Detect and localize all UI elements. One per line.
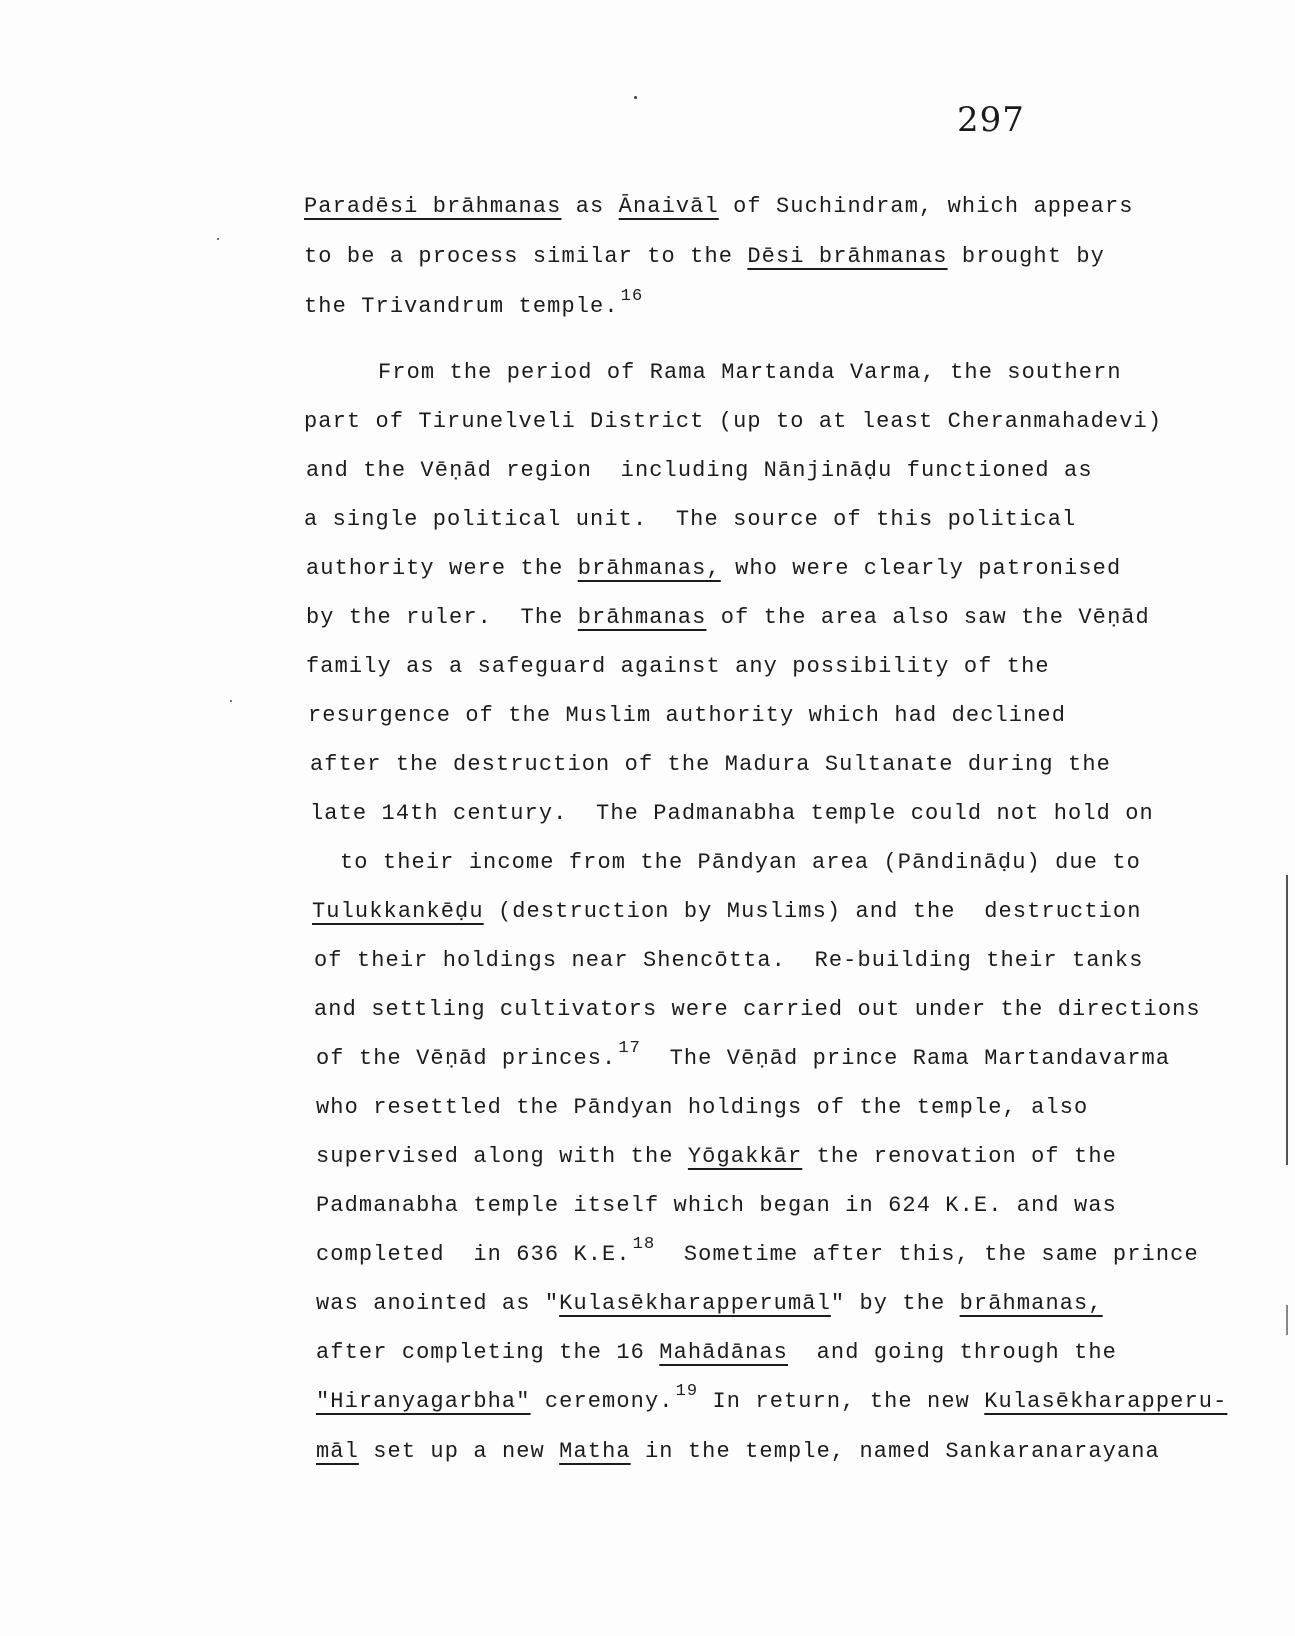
text-run: Padmanabha temple itself which began in …: [316, 1193, 1117, 1218]
text-line: late 14th century. The Padmanabha temple…: [310, 803, 1154, 825]
underlined-term: brāhmanas,: [960, 1291, 1103, 1316]
text-run: the Trivandrum temple.: [304, 294, 619, 319]
text-run: and the Vēṇād region including Nānjināḍu…: [306, 458, 1093, 483]
text-line: after completing the 16 Mahādānas and go…: [316, 1342, 1117, 1364]
text-line: māl set up a new Matha in the temple, na…: [316, 1441, 1160, 1463]
scan-speck: [230, 700, 232, 702]
text-run: In return, the new: [698, 1389, 984, 1414]
text-run: who resettled the Pāndyan holdings of th…: [316, 1095, 1088, 1120]
text-run: was anointed as ": [316, 1291, 559, 1316]
underlined-term: brāhmanas,: [578, 556, 721, 581]
text-run: (destruction by Muslims) and the destruc…: [484, 899, 1142, 924]
margin-line-short: [1286, 1305, 1288, 1335]
text-run: as: [561, 194, 618, 219]
text-run: of the Vēṇād princes.: [316, 1046, 616, 1071]
text-line: of their holdings near Shencōtta. Re-bui…: [314, 950, 1144, 972]
text-line: family as a safeguard against any possib…: [306, 656, 1050, 678]
text-run: completed in 636 K.E.: [316, 1242, 631, 1267]
text-run: supervised along with the: [316, 1144, 688, 1169]
text-run: by the ruler. The: [306, 605, 578, 630]
text-line: "Hiranyagarbha" ceremony.19 In return, t…: [316, 1391, 1227, 1413]
underlined-term: Ānaivāl: [619, 194, 719, 219]
text-run: of their holdings near Shencōtta. Re-bui…: [314, 948, 1144, 973]
text-line: was anointed as "Kulasēkharapperumāl" by…: [316, 1293, 1103, 1315]
text-run: authority were the: [306, 556, 578, 581]
text-line: by the ruler. The brāhmanas of the area …: [306, 607, 1150, 629]
text-line: who resettled the Pāndyan holdings of th…: [316, 1097, 1088, 1119]
text-line: resurgence of the Muslim authority which…: [308, 705, 1066, 727]
text-run: to be a process similar to the: [304, 244, 747, 269]
text-line: to their income from the Pāndyan area (P…: [340, 852, 1141, 874]
text-run: and going through the: [788, 1340, 1117, 1365]
text-line: to be a process similar to the Dēsi brāh…: [304, 246, 1105, 268]
text-line: supervised along with the Yōgakkār the r…: [316, 1146, 1117, 1168]
scan-speck: [634, 96, 637, 99]
text-run: after the destruction of the Madura Sult…: [310, 752, 1111, 777]
text-run: and settling cultivators were carried ou…: [314, 997, 1201, 1022]
page-number: 297: [957, 100, 1025, 140]
text-run: family as a safeguard against any possib…: [306, 654, 1050, 679]
text-line: the Trivandrum temple.16: [304, 296, 643, 318]
text-line: Padmanabha temple itself which began in …: [316, 1195, 1117, 1217]
underlined-term: Mahādānas: [659, 1340, 788, 1365]
margin-line: [1286, 875, 1288, 1165]
text-run: of the area also saw the Vēṇād: [706, 605, 1149, 630]
text-run: part of Tirunelveli District (up to at l…: [304, 409, 1162, 434]
text-line: a single political unit. The source of t…: [304, 509, 1076, 531]
text-line: authority were the brāhmanas, who were c…: [306, 558, 1121, 580]
text-line: From the period of Rama Martanda Varma, …: [378, 362, 1122, 384]
text-run: of Suchindram, which appears: [719, 194, 1134, 219]
text-run: set up a new: [359, 1439, 559, 1464]
underlined-term: māl: [316, 1439, 359, 1464]
underlined-term: Kulasēkharapperumāl: [559, 1291, 831, 1316]
text-run: ceremony.: [531, 1389, 674, 1414]
underlined-term: Tulukkankēḍu: [312, 899, 484, 924]
footnote-ref: 18: [633, 1235, 656, 1254]
text-run: the renovation of the: [802, 1144, 1117, 1169]
text-run: a single political unit. The source of t…: [304, 507, 1076, 532]
text-line: after the destruction of the Madura Sult…: [310, 754, 1111, 776]
text-line: of the Vēṇād princes.17 The Vēṇād prince…: [316, 1048, 1170, 1070]
underlined-term: "Hiranyagarbha": [316, 1389, 531, 1414]
text-run: " by the: [831, 1291, 960, 1316]
text-line: part of Tirunelveli District (up to at l…: [304, 411, 1162, 433]
underlined-term: brāhmanas: [578, 605, 707, 630]
text-line: completed in 636 K.E.18 Sometime after t…: [316, 1244, 1199, 1266]
text-run: brought by: [948, 244, 1105, 269]
text-line: and the Vēṇād region including Nānjināḍu…: [306, 460, 1093, 482]
text-run: From the period of Rama Martanda Varma, …: [378, 360, 1122, 385]
underlined-term: Kulasēkharapperu-: [984, 1389, 1227, 1414]
text-line: Paradēsi brāhmanas as Ānaivāl of Suchind…: [304, 196, 1134, 218]
underlined-term: Matha: [559, 1439, 631, 1464]
footnote-ref: 16: [621, 287, 644, 306]
scan-speck: [217, 238, 219, 240]
text-run: resurgence of the Muslim authority which…: [308, 703, 1066, 728]
footnote-ref: 19: [676, 1382, 699, 1401]
document-page: 297 Paradēsi brāhmanas as Ānaivāl of Suc…: [0, 0, 1295, 1636]
text-run: to their income from the Pāndyan area (P…: [340, 850, 1141, 875]
text-run: late 14th century. The Padmanabha temple…: [310, 801, 1154, 826]
text-run: Sometime after this, the same prince: [655, 1242, 1198, 1267]
underlined-term: Dēsi brāhmanas: [747, 244, 947, 269]
text-run: The Vēṇād prince Rama Martandavarma: [641, 1046, 1170, 1071]
footnote-ref: 17: [618, 1039, 641, 1058]
underlined-term: Paradēsi brāhmanas: [304, 194, 561, 219]
underlined-term: Yōgakkār: [688, 1144, 802, 1169]
text-run: in the temple, named Sankaranarayana: [631, 1439, 1160, 1464]
text-line: Tulukkankēḍu (destruction by Muslims) an…: [312, 901, 1142, 923]
text-run: who were clearly patronised: [721, 556, 1121, 581]
text-run: after completing the 16: [316, 1340, 659, 1365]
text-line: and settling cultivators were carried ou…: [314, 999, 1201, 1021]
